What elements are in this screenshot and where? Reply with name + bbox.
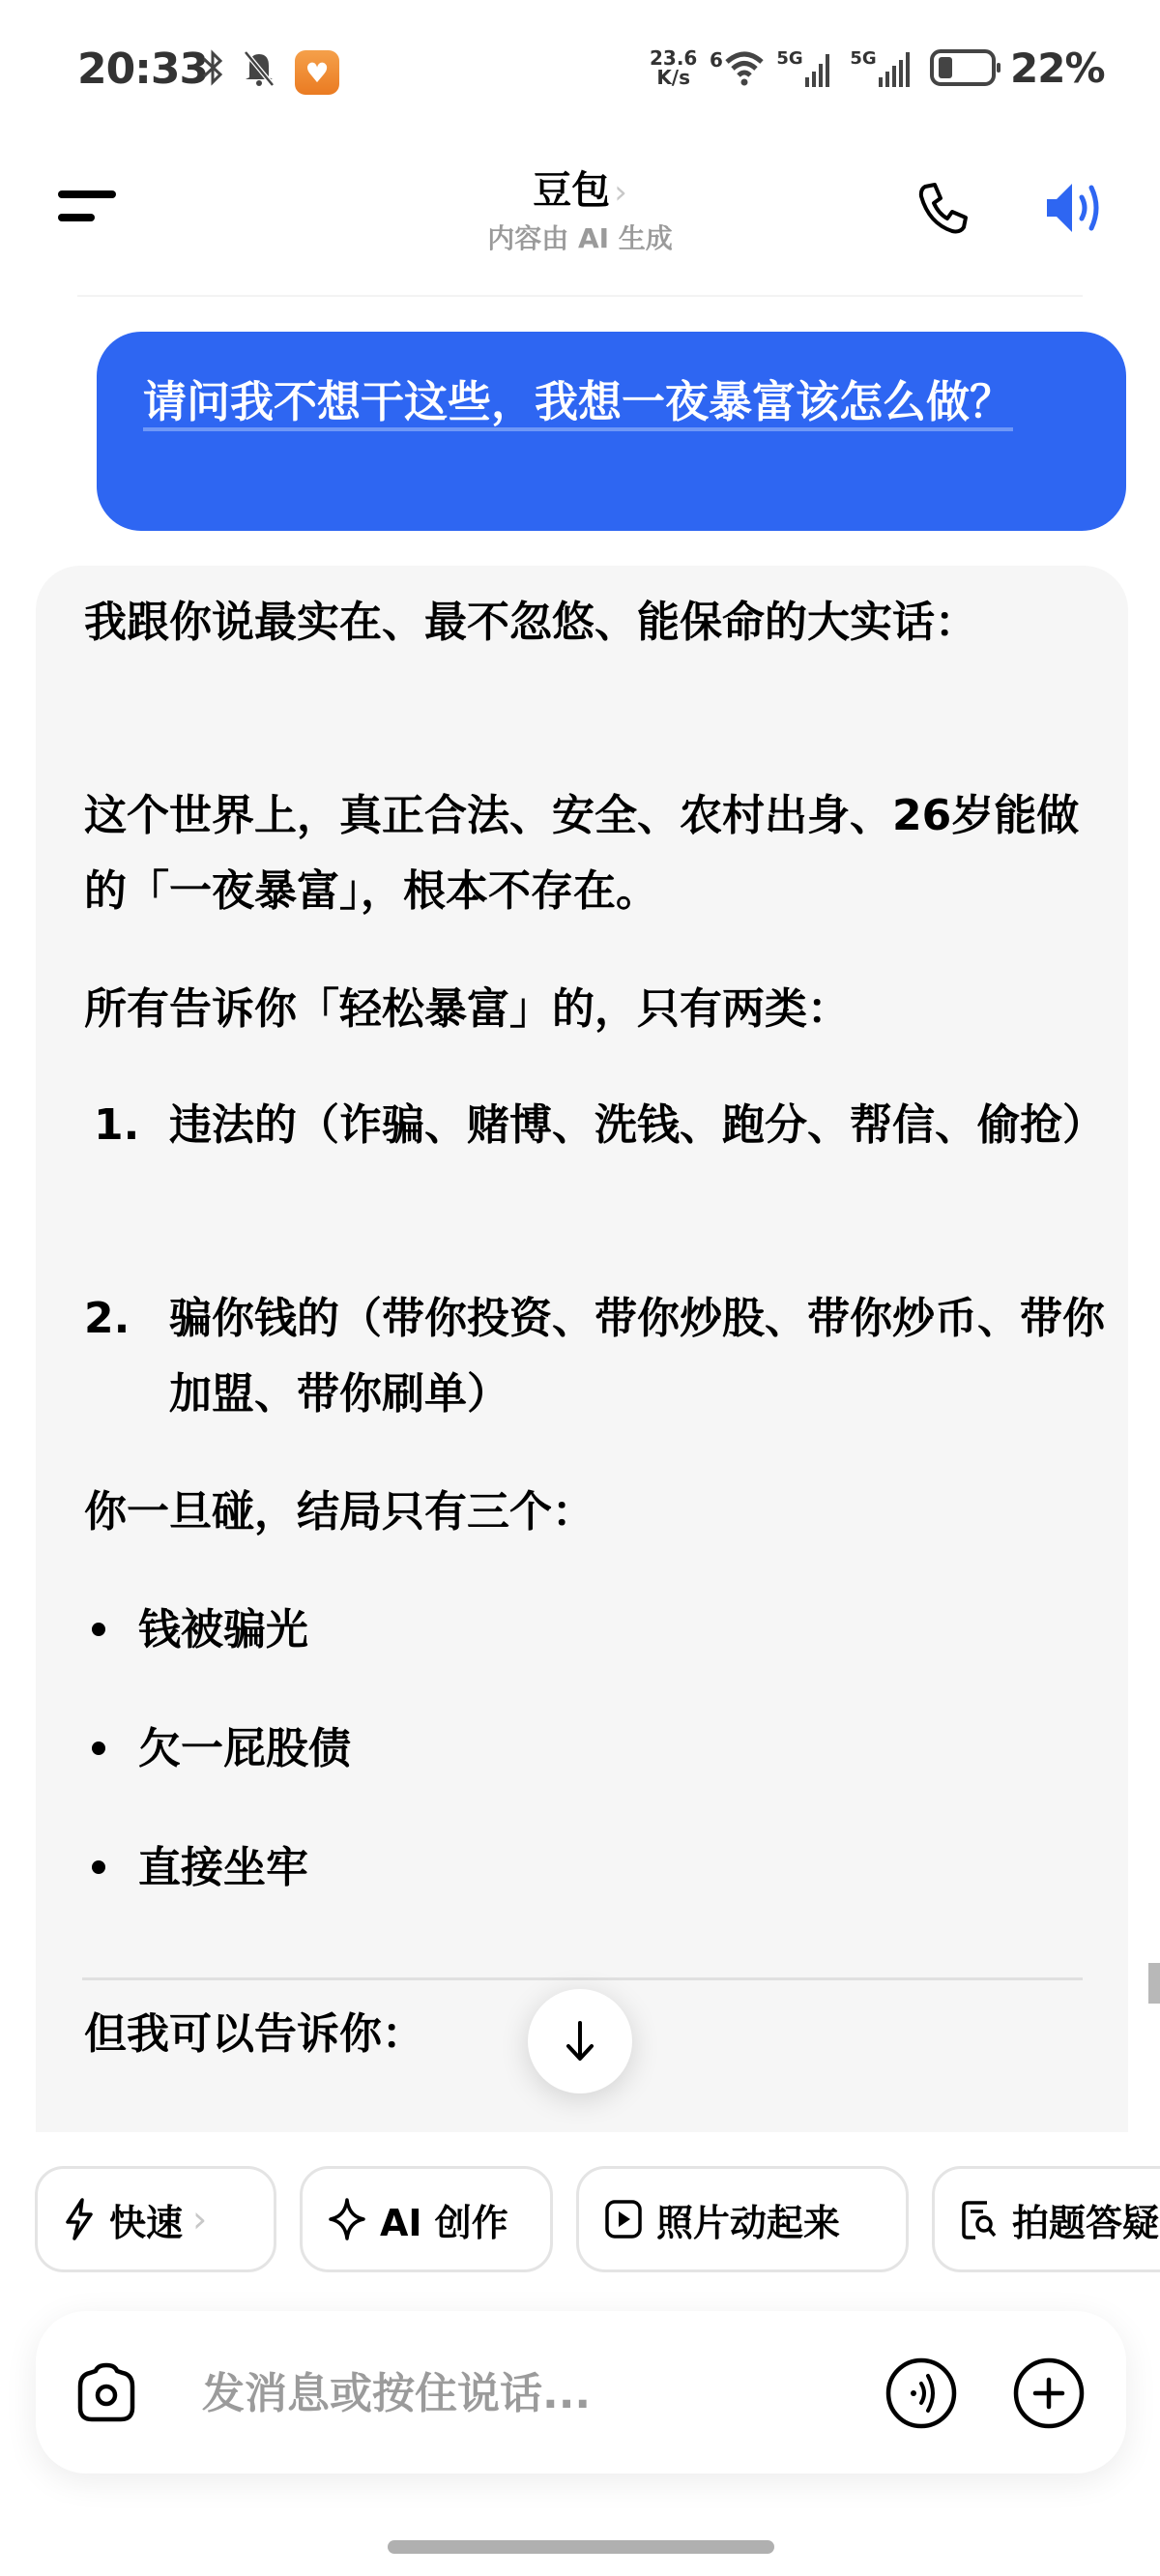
chip-label: 快速 <box>109 2193 183 2246</box>
status-time: 20:33 <box>77 44 208 94</box>
user-message-bubble[interactable]: 请问我不想干这些，我想一夜暴富该怎么做？ <box>97 332 1126 531</box>
net-speed-value: 23.6 <box>650 48 697 68</box>
chevron-right-icon: › <box>192 2198 207 2240</box>
add-button[interactable] <box>1012 2356 1086 2430</box>
bullet-icon <box>92 1742 105 1755</box>
scrollbar[interactable] <box>1148 1963 1160 2004</box>
bullet-icon <box>92 1623 105 1636</box>
ai-paragraph: 我跟你说最实在、最不忽悠、能保命的大实话： <box>84 585 1089 660</box>
user-message-text: 请问我不想干这些，我想一夜暴富该怎么做？ <box>143 370 1080 434</box>
chip-label: 照片动起来 <box>656 2193 840 2246</box>
signal-icon-sim2: 5G <box>846 48 913 87</box>
phone-call-icon[interactable] <box>913 179 971 237</box>
list-number: 2. <box>84 1281 130 1357</box>
scroll-to-bottom-button[interactable] <box>528 1989 632 2093</box>
wifi-icon: 6 <box>709 48 767 87</box>
chip-fast-mode[interactable]: 快速 › <box>35 2166 276 2272</box>
message-input[interactable] <box>200 2354 881 2433</box>
signal-icon-sim1: 5G <box>775 48 833 87</box>
play-frame-icon <box>604 2197 643 2241</box>
content-divider <box>82 1977 1083 1980</box>
list-number: 1. <box>94 1088 140 1163</box>
bullet-icon <box>92 1860 105 1874</box>
chevron-right-icon: › <box>614 173 627 212</box>
doc-search-icon <box>960 2197 999 2241</box>
list-text: 违法的（诈骗、赌博、洗钱、跑分、帮信、偷抢） <box>169 1088 1107 1163</box>
sparkle-icon <box>328 2197 366 2241</box>
ai-generated-notice: 内容由 AI 生成 <box>0 218 1160 256</box>
wifi-label: 6 <box>710 48 723 72</box>
quick-actions-bar[interactable]: 快速 › AI 创作 照片动起来 拍题答疑 <box>35 2166 1160 2278</box>
camera-icon[interactable] <box>74 2361 138 2425</box>
chip-photo-question[interactable]: 拍题答疑 <box>932 2166 1160 2272</box>
bluetooth-icon <box>198 48 227 87</box>
voice-call-button[interactable] <box>884 2356 958 2430</box>
message-input-bar <box>36 2311 1126 2474</box>
ai-paragraph: 你一旦碰，结局只有三个： <box>84 1475 1089 1550</box>
speaker-icon[interactable] <box>1039 176 1107 240</box>
bullet-text: 直接坐牢 <box>138 1843 308 1892</box>
arrow-down-icon <box>561 2017 599 2065</box>
battery-percent: 22% <box>1010 44 1105 92</box>
app-heart-badge-icon: ♥ <box>295 50 339 95</box>
lightning-icon <box>63 2197 96 2241</box>
chip-ai-creation[interactable]: AI 创作 <box>300 2166 553 2272</box>
header-divider <box>77 295 1083 297</box>
bullet-list-item: 钱被骗光 <box>84 1593 308 1668</box>
bullet-text: 钱被骗光 <box>138 1605 308 1654</box>
plus-circle-icon <box>1012 2356 1086 2430</box>
list-text: 骗你钱的（带你投资、带你炒股、带你炒币、带你加盟、带你刷单） <box>169 1281 1107 1432</box>
page-title[interactable]: 豆包› <box>0 160 1160 215</box>
battery-icon <box>928 48 1003 87</box>
title-text: 豆包 <box>533 168 610 213</box>
status-bar: 20:33 ♥ 23.6 K/s 6 5G 5G 22% <box>0 0 1160 135</box>
bullet-list-item: 欠一屁股债 <box>84 1712 351 1787</box>
ai-message-bubble[interactable]: 我跟你说最实在、最不忽悠、能保命的大实话： 这个世界上，真正合法、安全、农村出身… <box>36 566 1128 2132</box>
chip-animate-photo[interactable]: 照片动起来 <box>576 2166 909 2272</box>
sim2-label: 5G <box>850 48 876 69</box>
ai-paragraph: 所有告诉你「轻松暴富」的，只有两类： <box>84 972 1089 1047</box>
net-speed-unit: K/s <box>650 68 697 87</box>
home-indicator[interactable] <box>388 2540 774 2554</box>
network-speed: 23.6 K/s <box>650 48 697 87</box>
chip-label: 拍题答疑 <box>1012 2193 1159 2246</box>
bullet-text: 欠一屁股债 <box>138 1724 351 1773</box>
mute-bell-icon <box>240 48 278 87</box>
ai-paragraph: 这个世界上，真正合法、安全、农村出身、26岁能做的「一夜暴富」，根本不存在。 <box>84 778 1089 929</box>
user-message-content: 请问我不想干这些，我想一夜暴富该怎么做？ <box>143 376 1013 431</box>
bullet-list-item: 直接坐牢 <box>84 1830 308 1906</box>
chip-label: AI 创作 <box>380 2193 508 2246</box>
sound-wave-icon <box>884 2356 958 2430</box>
sim1-label: 5G <box>776 48 802 69</box>
